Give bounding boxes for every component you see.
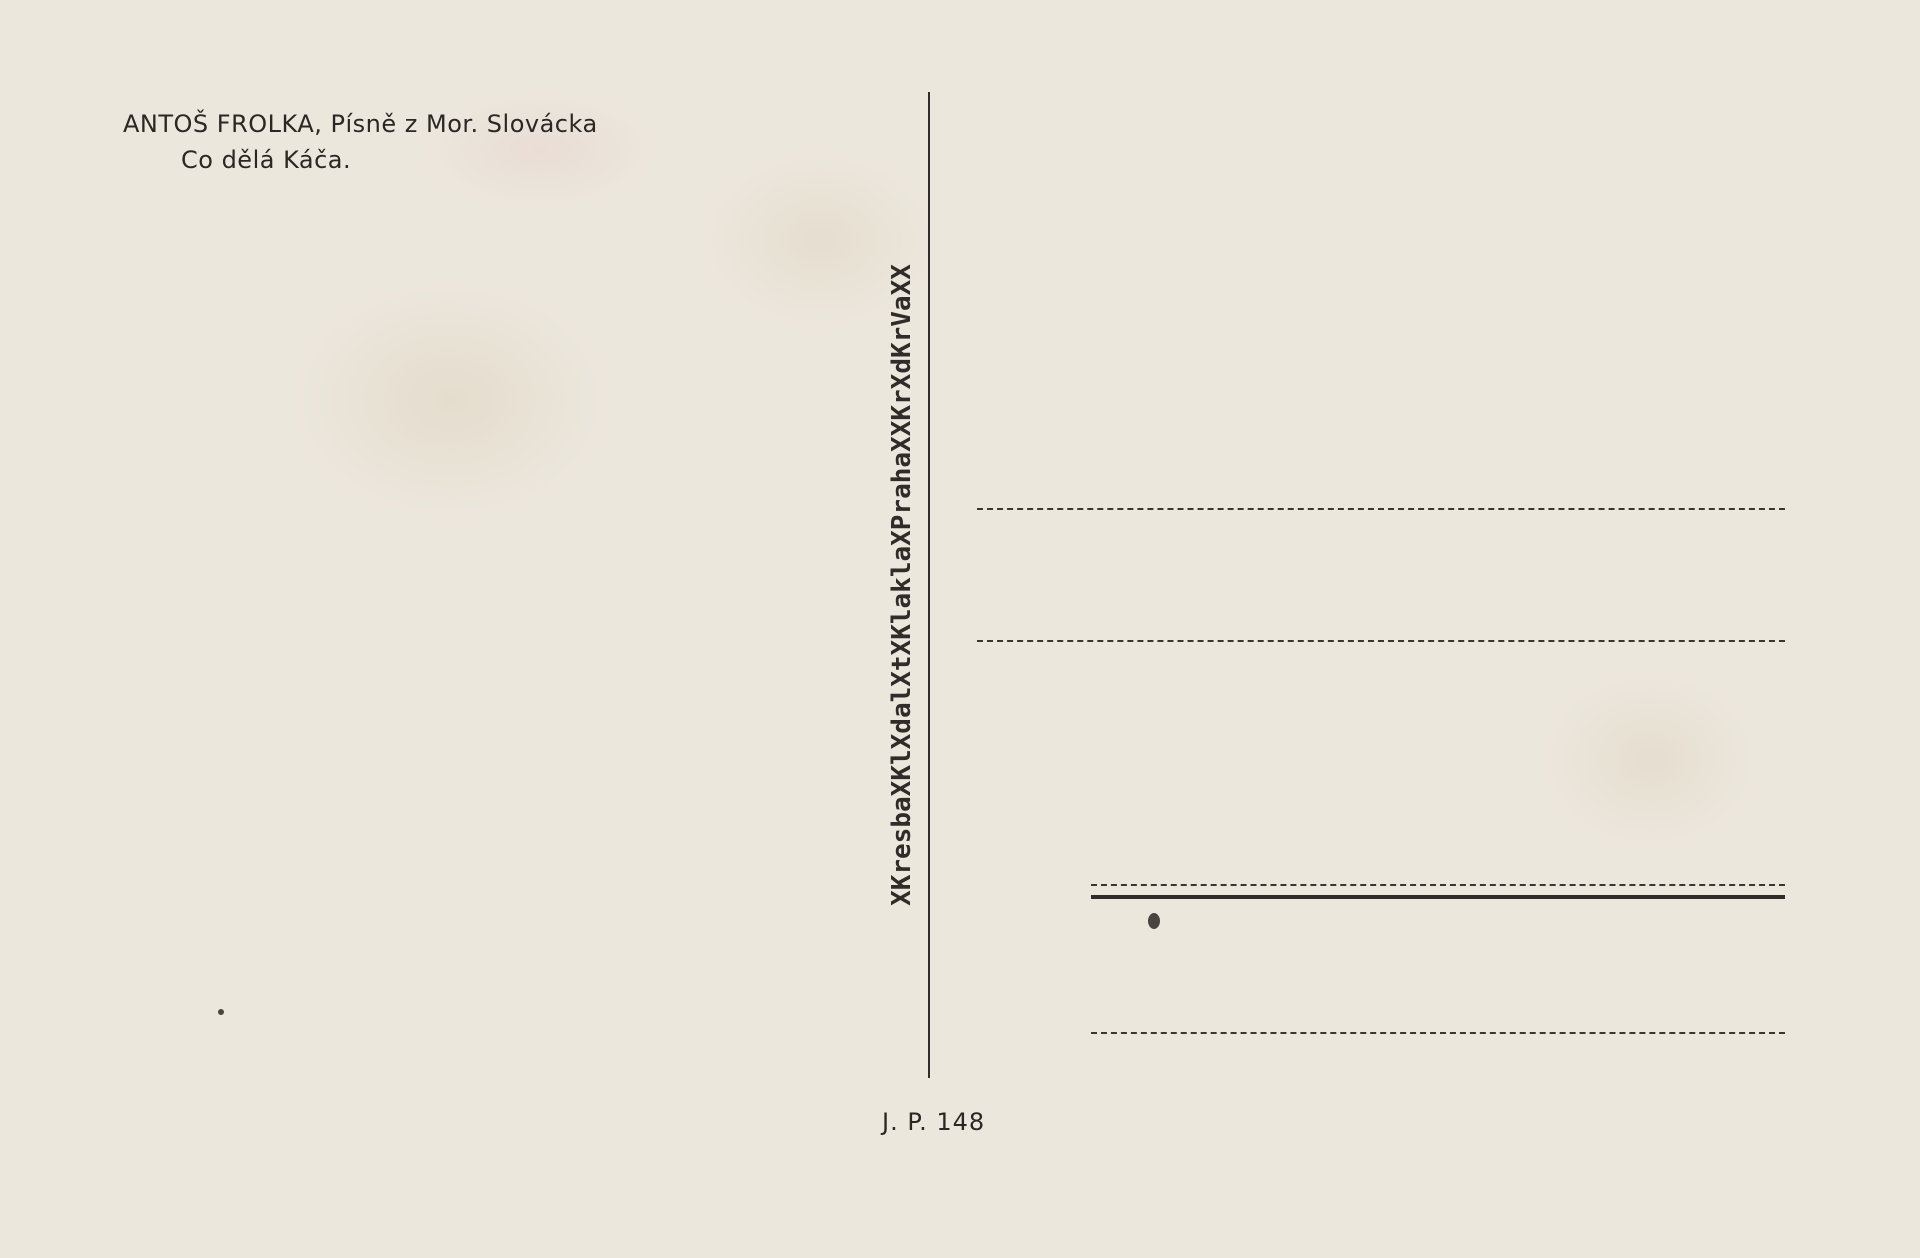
- center-divider: [928, 92, 930, 1078]
- postcard-back: [0, 0, 1920, 1258]
- address-underline: [1091, 895, 1785, 899]
- vertical-imprint: XKresbaXKlXdalXtXKlaklaXPrahaXXKrXdKrVaX…: [885, 233, 919, 937]
- address-line-2: [977, 640, 1785, 642]
- imprint-text: XKresbaXKlXdalXtXKlaklaXPrahaXXKrXdKrVaX…: [887, 264, 917, 906]
- title-line-1: ANTOŠ FROLKA, Písně z Mor. Slovácka: [123, 110, 598, 138]
- address-line-3: [1091, 884, 1785, 886]
- postcard-title: ANTOŠ FROLKA, Písně z Mor. Slovácka Co d…: [123, 106, 598, 178]
- address-line-4: [1091, 1032, 1785, 1034]
- address-line-1: [977, 508, 1785, 510]
- ink-spot: [1148, 913, 1160, 929]
- catalog-number: J. P. 148: [882, 1108, 985, 1136]
- ink-spot: [218, 1009, 224, 1015]
- title-line-2: Co dělá Káča.: [123, 142, 598, 178]
